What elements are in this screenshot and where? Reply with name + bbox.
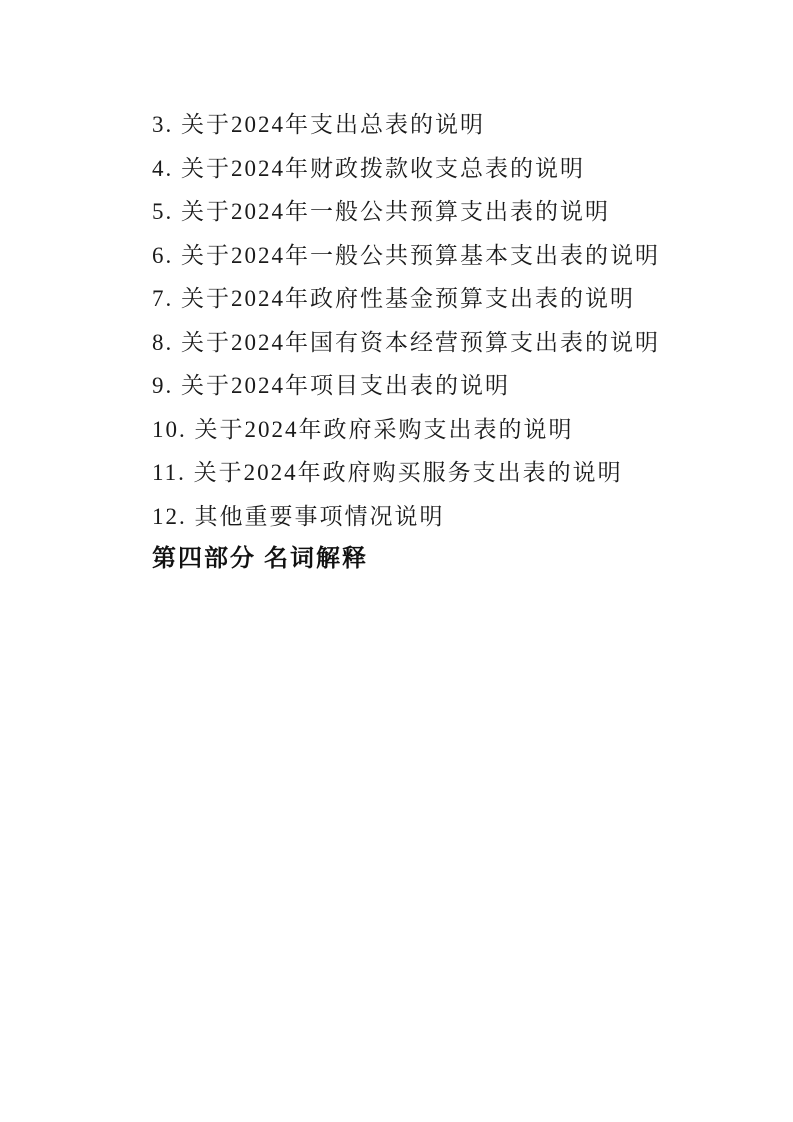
section-heading: 第四部分 名词解释 <box>152 538 753 582</box>
toc-item: 3. 关于2024年支出总表的说明 <box>152 103 753 147</box>
toc-item: 8. 关于2024年国有资本经营预算支出表的说明 <box>152 321 753 365</box>
toc-item: 10. 关于2024年政府采购支出表的说明 <box>152 408 753 452</box>
document-page: 3. 关于2024年支出总表的说明 4. 关于2024年财政拨款收支总表的说明 … <box>0 0 793 1122</box>
toc-list: 3. 关于2024年支出总表的说明 4. 关于2024年财政拨款收支总表的说明 … <box>152 103 753 582</box>
toc-item: 7. 关于2024年政府性基金预算支出表的说明 <box>152 277 753 321</box>
toc-item: 9. 关于2024年项目支出表的说明 <box>152 364 753 408</box>
toc-item: 12. 其他重要事项情况说明 <box>152 495 753 539</box>
toc-item: 4. 关于2024年财政拨款收支总表的说明 <box>152 147 753 191</box>
toc-item: 6. 关于2024年一般公共预算基本支出表的说明 <box>152 234 753 278</box>
toc-item: 5. 关于2024年一般公共预算支出表的说明 <box>152 190 753 234</box>
toc-item: 11. 关于2024年政府购买服务支出表的说明 <box>152 451 753 495</box>
